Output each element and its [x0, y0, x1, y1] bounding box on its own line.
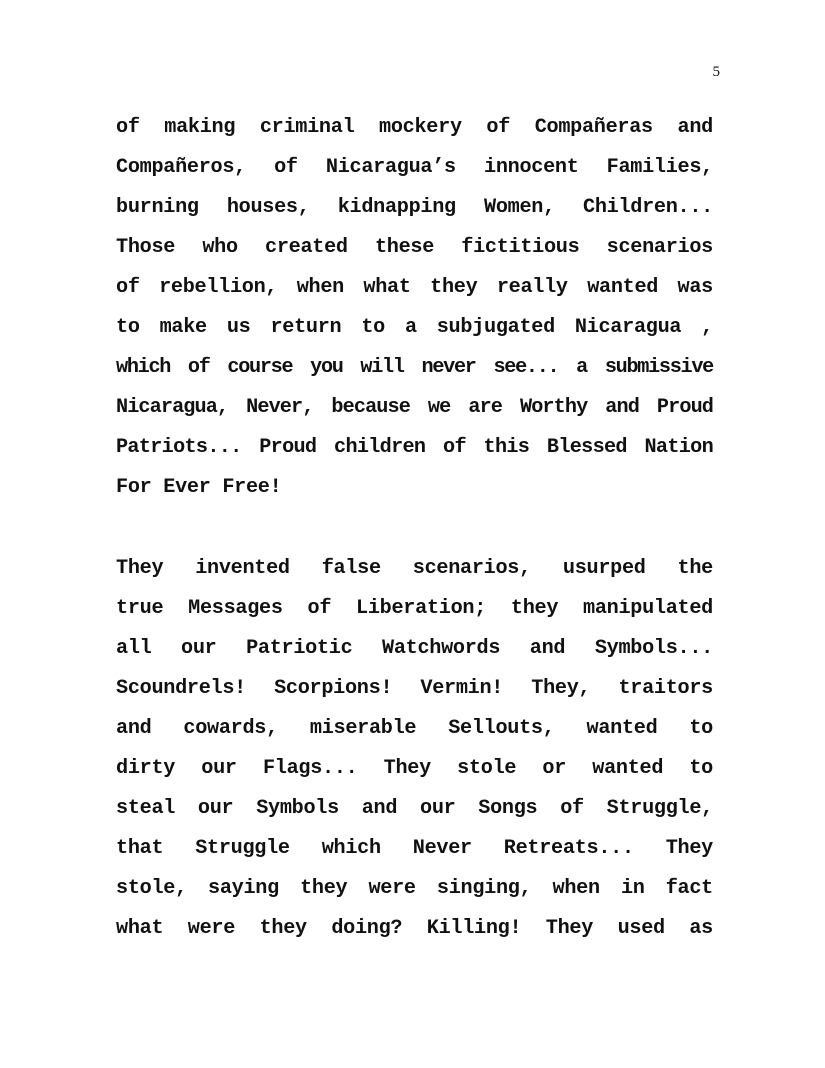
text-line: to make us return to a subjugated Nicara… — [116, 308, 713, 348]
text-line: of making criminal mockery of Compañeras… — [116, 108, 713, 148]
text-line: what were they doing? Killing! They used… — [116, 909, 713, 949]
text-line: Compañeros, of Nicaragua’s innocent Fami… — [116, 148, 713, 188]
text-line: burning houses, kidnapping Women, Childr… — [116, 188, 713, 228]
text-line: that Struggle which Never Retreats... Th… — [116, 829, 713, 869]
text-line: stole, saying they were singing, when in… — [116, 869, 713, 909]
text-line: steal our Symbols and our Songs of Strug… — [116, 789, 713, 829]
paragraph-2: They invented false scenarios, usurped t… — [116, 549, 713, 949]
text-line: Scoundrels! Scorpions! Vermin! They, tra… — [116, 669, 713, 709]
text-line: They invented false scenarios, usurped t… — [116, 549, 713, 589]
text-line: which of course you will never see... a … — [116, 348, 713, 388]
text-line: Those who created these fictitious scena… — [116, 228, 713, 268]
text-line: and cowards, miserable Sellouts, wanted … — [116, 709, 713, 749]
paragraph-1: of making criminal mockery of Compañeras… — [116, 108, 713, 508]
text-line: true Messages of Liberation; they manipu… — [116, 589, 713, 629]
text-line: For Ever Free! — [116, 468, 713, 508]
text-line: dirty our Flags... They stole or wanted … — [116, 749, 713, 789]
text-line: Nicaragua, Never, because we are Worthy … — [116, 388, 713, 428]
text-line: all our Patriotic Watchwords and Symbols… — [116, 629, 713, 669]
text-line: of rebellion, when what they really want… — [116, 268, 713, 308]
page-number: 5 — [690, 64, 720, 81]
text-line: Patriots... Proud children of this Bless… — [116, 428, 713, 468]
